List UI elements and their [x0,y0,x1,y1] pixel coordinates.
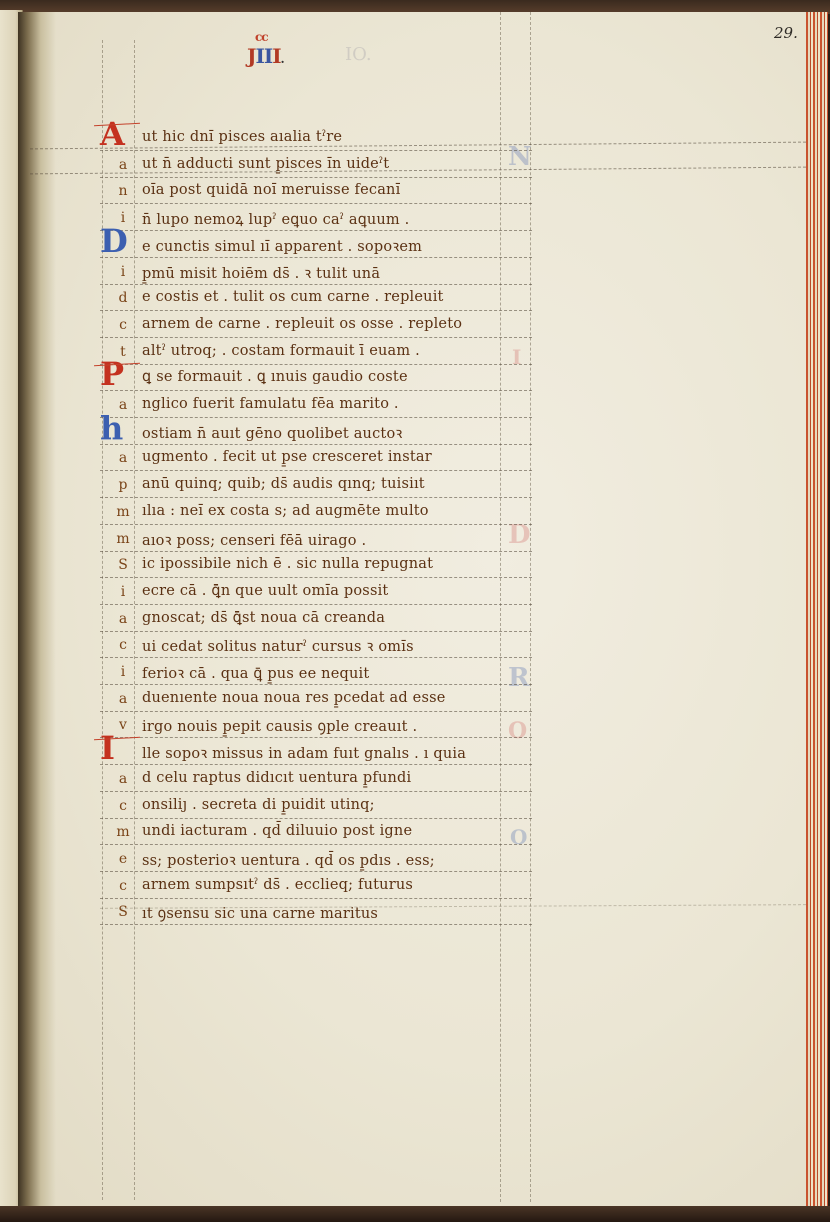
line-text: ostiam n̄ auıt gēno quolibet auctoꝛ [142,423,402,444]
verso-initial-n: N [508,142,532,172]
guide-letter: S [114,557,132,573]
verso-initial-i: I [512,345,521,369]
line-text: p̱mū misit hoiēm ds̄ . ꝛ tulit unā [142,263,380,284]
guide-letter: a [114,450,132,466]
guide-letter: c [114,798,132,814]
guide-letter: a [114,691,132,707]
line-text: undi iacturam . qd̄ diluuio post igne [142,823,412,840]
ruling-line [100,551,532,552]
ruling-line [100,764,532,765]
line-text: lle sopoꝛ missus in adam fuıt gnalıs . ı… [142,743,466,764]
ruling-line [100,444,532,445]
guide-letter: v [114,717,132,733]
ruling-line [100,924,532,925]
ruling-line [100,577,532,578]
guide-letter: a [114,771,132,787]
guide-letter: i [114,584,132,600]
ruling-line [100,737,532,738]
line-text: ut hic dnı̄ pisces aıalia tˀre [142,129,342,146]
ruling-line [100,310,532,311]
line-text: arnem de carne . repleuit os osse . repl… [142,316,462,333]
running-head-suffix: . [281,52,284,66]
decorated-initial-red: I [100,732,115,764]
line-text: gnoscat; ds̄ ꝗ̄st noua cā creanda [142,610,385,627]
line-text: e cunctis simul ıı̄ apparent . sopoꝛem [142,236,422,257]
verso-initial-o-blue: O [510,825,527,849]
line-text: ꝗ se formauit . ꝗ ınuis gaudio coste [142,369,408,386]
guide-letter: m [114,824,132,840]
guide-letter: a [114,157,132,173]
guide-letter: i [114,664,132,680]
guide-letter: c [114,317,132,333]
folio-number: 29. [774,24,798,42]
line-text: ılıa : neı̄ ex costa s; ad augmēte multo [142,503,429,520]
decorated-initial-blue: D [100,225,128,257]
red-page-edges [806,12,828,1206]
ruling-line [100,417,532,418]
ruling-line [100,470,532,471]
verso-initial-r: R [508,663,530,693]
guide-letter: c [114,637,132,653]
ruling-left-outer [102,40,103,1200]
guide-letter: e [114,851,132,867]
line-text: duenıente noua noua res p̱cedat ad esse [142,690,446,707]
running-head-mark: cc [255,30,268,44]
line-text: n̄ lupo nemoꝝ lupˀ eꝗuo caˀ aꝗuum . [142,209,410,230]
ruling-line [100,230,532,231]
line-text: ecre cā . ꝗ̄n que uult omı̄a possit [142,583,388,600]
guide-letter: i [114,264,132,280]
guide-letter: a [114,611,132,627]
guide-letter: n [114,183,132,199]
line-text: onsiliȷ . secreta di p̱uidit utinq; [142,797,375,814]
ruling-line [100,684,532,685]
ruling-line [100,871,532,872]
ruling-line [100,631,532,632]
ruling-line [100,818,532,819]
gutter-shadow [18,12,56,1208]
line-text: altˀ utroq; . costam formauit ī euam . [142,343,420,360]
guide-letter: c [114,878,132,894]
line-text: irgo nouis p̱epit causis ꝯple creauıt . [142,716,417,737]
running-head-part2: II [255,44,272,68]
ruling-line [100,203,532,204]
ruling-line [100,524,532,525]
ruling-line [100,150,532,151]
guide-letter: m [114,504,132,520]
line-text: ss; posterioꝛ uentura . qd̄ os p̱dıs . e… [142,850,435,871]
ruling-line [100,657,532,658]
guide-letter: S [114,904,132,920]
line-text: anū quinq; quib; ds̄ audis qınq; tuisiıt [142,476,425,493]
line-text: arnem sumpsıtˀ ds̄ . ecclieq; futurus [142,877,413,894]
ruling-line [100,791,532,792]
guide-letter: p [114,477,132,493]
ruling-line [100,844,532,845]
line-text: ugmento . fecit ut p̱se cresceret instar [142,449,432,466]
running-head-part3: I [272,44,280,68]
ruling-line [100,177,532,178]
ruling-line [100,257,532,258]
verso-initial-o-red: O [508,718,527,744]
ruling-line [100,284,532,285]
line-text: aıoꝛ poss; censeri fēā uirago . [142,530,366,551]
binding-bottom [0,1206,830,1222]
verso-running-head-show-through: IO. [345,44,372,65]
line-text: nglico fuerit famulatu fēa marito . [142,396,399,413]
line-text: ferioꝛ cā . qua ꝗ̄ p̱us ee nequit [142,663,369,684]
guide-letter: m [114,531,132,547]
line-text: oı̄a post quidā noı̄ meruisse fecanı̄ [142,182,400,199]
line-text: d celu raptus didıcıt uentura p̱fundi [142,770,411,787]
line-text: e costis et . tulit os cum carne . reple… [142,289,444,306]
line-text: ıt ꝯsensu sic una carne maritus [142,903,378,924]
line-text: ic ipossibile nich ē . sic nulla repugna… [142,556,433,573]
ruling-line [100,497,532,498]
decorated-initial-blue: h [100,412,123,444]
ruling-line [100,898,532,899]
ruling-line [100,364,532,365]
guide-letter: d [114,290,132,306]
line-text: ut n̄ adducti sunt p̱isces ı̄n uideˀt [142,156,389,173]
line-text: ui cedat solitus naturˀ cursus ꝛ omı̄s [142,636,414,657]
ruling-line [100,711,532,712]
ruling-line [100,390,532,391]
ruling-line [100,604,532,605]
running-head: cc JIII. [247,44,284,68]
ruling-line [100,337,532,338]
